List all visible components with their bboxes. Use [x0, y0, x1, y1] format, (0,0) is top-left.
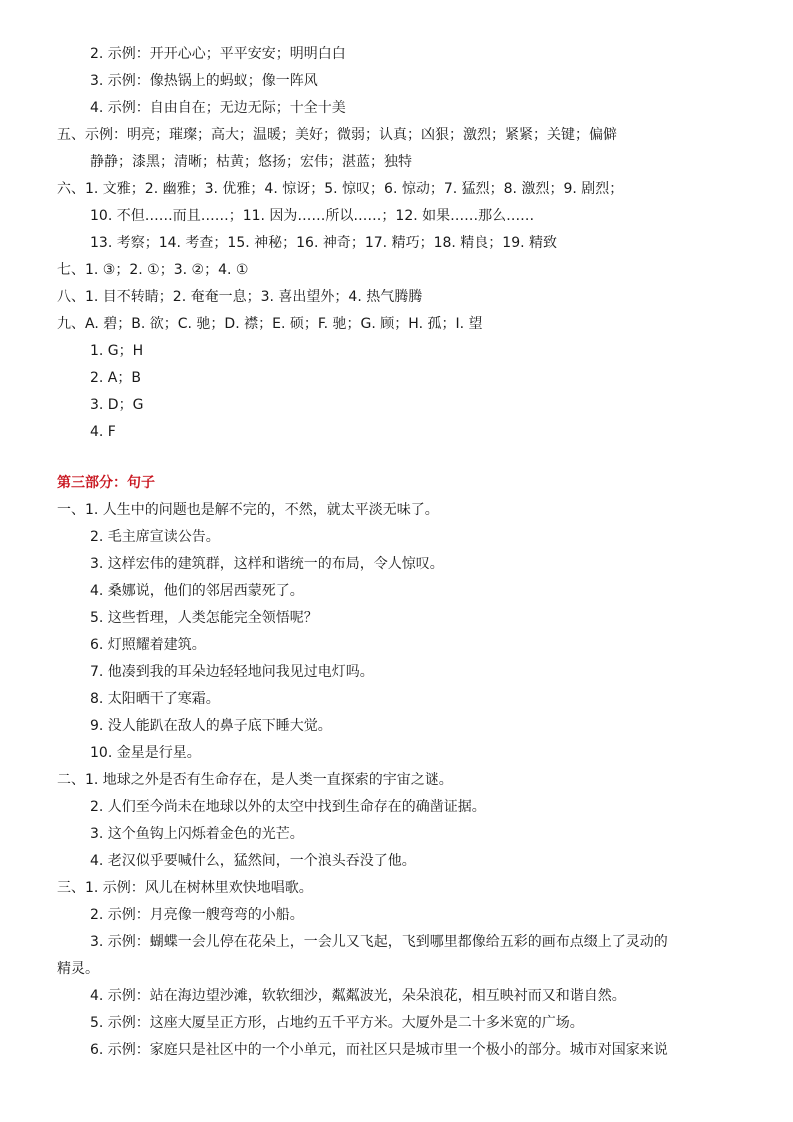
- answer-line: 2. 人们至今尚未在地球以外的太空中找到生命存在的确凿证据。: [90, 797, 486, 817]
- answer-line: 七、1. ③；2. ①；3. ②；4. ①: [57, 260, 248, 280]
- answer-line: 3. 这个鱼钩上闪烁着金色的光芒。: [90, 824, 304, 844]
- answer-line: 1. G；H: [90, 341, 143, 361]
- answer-line: 8. 太阳晒干了寒霜。: [90, 689, 220, 709]
- answer-line: 6. 示例：家庭只是社区中的一个小单元，而社区只是城市里一个极小的部分。城市对国…: [90, 1040, 668, 1060]
- answer-line: 4. 示例：自由自在；无边无际；十全十美: [90, 98, 346, 118]
- answer-line: 4. 老汉似乎要喊什么，猛然间，一个浪头吞没了他。: [90, 851, 416, 871]
- answer-line: 10. 不但……而且……；11. 因为……所以……；12. 如果……那么……: [90, 206, 534, 226]
- answer-line: 九、A. 碧；B. 欲；C. 驰；D. 襟；E. 硕；F. 驰；G. 顾；H. …: [57, 314, 483, 334]
- answer-line: 二、1. 地球之外是否有生命存在，是人类一直探索的宇宙之谜。: [57, 770, 453, 790]
- answer-line: 八、1. 目不转睛；2. 奄奄一息；3. 喜出望外；4. 热气腾腾: [57, 287, 422, 307]
- answer-line: 精灵。: [57, 959, 99, 979]
- answer-line: 3. D；G: [90, 395, 143, 415]
- answer-line: 3. 这样宏伟的建筑群，这样和谐统一的布局，令人惊叹。: [90, 554, 444, 574]
- answer-line: 2. A；B: [90, 368, 141, 388]
- answer-line: 五、示例：明亮；璀璨；高大；温暖；美好；微弱；认真；凶狠；激烈；紧紧；关键；偏僻: [57, 125, 617, 145]
- answer-line: 10. 金星是行星。: [90, 743, 201, 763]
- answer-line: 3. 示例：蝴蝶一会儿停在花朵上，一会儿又飞起，飞到哪里都像给五彩的画布点缀上了…: [90, 932, 668, 952]
- answer-line: 2. 示例：开开心心；平平安安；明明白白: [90, 44, 346, 64]
- answer-line: 7. 他凑到我的耳朵边轻轻地问我见过电灯吗。: [90, 662, 374, 682]
- answer-line: 一、1. 人生中的问题也是解不完的，不然，就太平淡无味了。: [57, 500, 439, 520]
- answer-line: 13. 考察；14. 考查；15. 神秘；16. 神奇；17. 精巧；18. 精…: [90, 233, 557, 253]
- answer-line: 三、1. 示例：风儿在树林里欢快地唱歌。: [57, 878, 313, 898]
- answer-line: 2. 毛主席宣读公告。: [90, 527, 220, 547]
- answer-line: 静静；漆黑；清晰；枯黄；悠扬；宏伟；湛蓝；独特: [90, 152, 412, 172]
- answer-line: 9. 没人能趴在敌人的鼻子底下睡大觉。: [90, 716, 332, 736]
- answer-line: 5. 这些哲理，人类怎能完全领悟呢？: [90, 608, 318, 628]
- answer-line: 5. 示例：这座大厦呈正方形，占地约五千平方米。大厦外是二十多米宽的广场。: [90, 1013, 584, 1033]
- section-heading: 第三部分：句子: [57, 473, 155, 493]
- answer-line: 4. F: [90, 422, 116, 442]
- answer-line: 4. 示例：站在海边望沙滩，软软细沙，粼粼波光，朵朵浪花，相互映衬而又和谐自然。: [90, 986, 626, 1006]
- answer-line: 2. 示例：月亮像一艘弯弯的小船。: [90, 905, 304, 925]
- answer-line: 6. 灯照耀着建筑。: [90, 635, 206, 655]
- answer-line: 3. 示例：像热锅上的蚂蚁；像一阵风: [90, 71, 318, 91]
- answer-line: 六、1. 文雅；2. 幽雅；3. 优雅；4. 惊讶；5. 惊叹；6. 惊动；7.…: [57, 179, 623, 199]
- answer-line: 4. 桑娜说，他们的邻居西蒙死了。: [90, 581, 304, 601]
